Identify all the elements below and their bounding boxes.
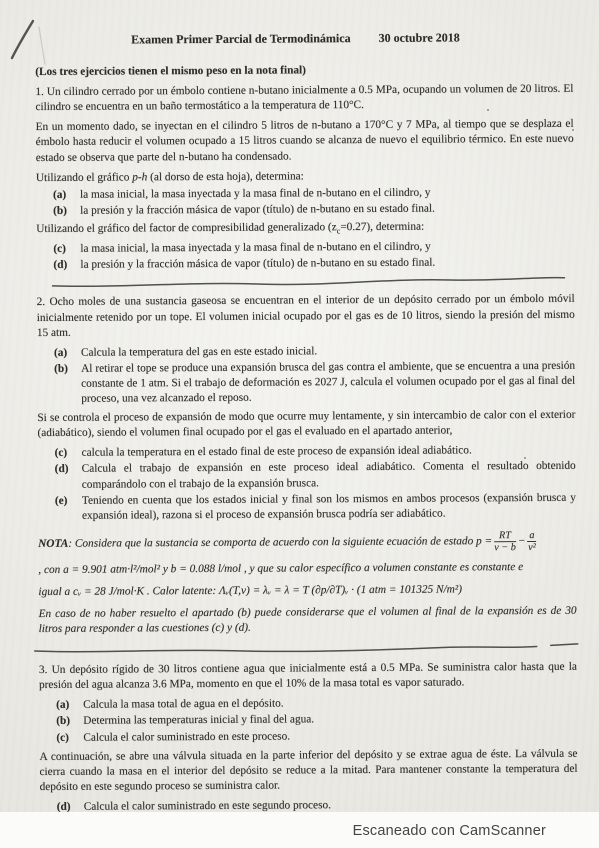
item-text: la presión y la fracción másica de vapor… [80,201,574,219]
problem2-item-e: (e) Teniendo en cuenta que los estados i… [38,490,576,523]
exam-title: Examen Primer Parcial de Termodinámica [131,31,351,47]
problem3-item-c: (c) Calcula el calor suministrado en est… [39,727,577,745]
item-marker: (a) [54,345,81,360]
item-marker: (b) [56,714,83,729]
weight-note: (Los tres ejercicios tienen el mismo pes… [35,62,573,80]
problem1-intro: 1. Un cilindro cerrado por un émbolo con… [35,82,573,115]
problem2-item-d: (d) Calcula el trabajo de expansión en e… [38,459,576,492]
nota-equation-line: NOTA: Considera que la sustancia se comp… [38,529,576,555]
item-marker: (e) [55,493,82,523]
nota-label: NOTA [38,537,68,549]
item-text: la presión y la fracción másica de vapor… [80,255,574,273]
item-marker: (c) [55,446,82,461]
nota-fallback-line: En caso de no haber resuelto el apartado… [39,604,577,637]
problem2-item-b: (b) Al retirar el tope se produce una ex… [37,359,575,408]
item-marker: (b) [54,362,81,407]
item-marker: (c) [56,730,83,745]
problem1-item-d: (d) la presión y la fracción másica de v… [36,255,574,273]
nota-cv-latent-heat-line: igual a cᵥ = 28 J/mol·K . Calor latente:… [38,582,576,600]
item-text: Determina las temperaturas inicial y fin… [83,711,577,729]
item-text: Calcula el calor suministrado en este pr… [83,727,577,745]
item-marker: (a) [53,187,80,202]
problem1-item-b: (b) la presión y la fracción másica de v… [36,201,574,219]
ph-chart-symbol: p-h [132,171,147,183]
nota-constants-line: , con a = 9.901 atm·l²/mol² y b = 0.088 … [38,560,576,578]
exam-date: 30 octubre 2018 [379,30,460,46]
item-text: Calcula la masa total de agua en el depó… [83,695,577,713]
exam-content: Examen Primer Parcial de Termodinámica 3… [35,30,578,841]
camscanner-watermark: Escaneado con CamScanner [353,823,546,839]
problem2-nota-block: NOTA: Considera que la sustancia se comp… [38,529,577,637]
problem2-intro: 2. Ocho moles de una sustancia gaseosa s… [37,292,575,341]
problem1-z-instruction: Utilizando el gráfico del factor de comp… [36,219,574,241]
item-marker: (b) [53,204,80,219]
item-text: calcula la temperatura en el estado fina… [82,443,576,461]
hand-drawn-divider [33,641,577,656]
fraction-a-over-v2: av² [527,530,536,553]
problem2-slow-expansion-paragraph: Si se controla el proceso de expansión d… [37,408,575,441]
item-text: Calcula la temperatura del gas en este e… [81,342,575,360]
item-marker: (d) [53,258,80,273]
problem3-valve-paragraph: A continuación, se abre una válvula situ… [39,746,577,795]
problem3-intro: 3. Un depósito rígido de 30 litros conti… [39,660,577,693]
item-marker: (c) [53,242,80,257]
problem1-injection-paragraph: En un momento dado, se inyectan en el ci… [36,117,574,166]
item-text: la masa inicial, la masa inyectada y la … [80,239,574,257]
item-marker: (d) [55,462,82,492]
exam-header: Examen Primer Parcial de Termodinámica 3… [35,30,573,48]
fraction-rt-over-v-b: RTv − b [494,530,516,553]
scanned-exam-page: Examen Primer Parcial de Termodinámica 3… [0,0,599,848]
item-text: Calcula el trabajo de expansión en este … [82,459,576,492]
item-marker: (a) [56,698,83,713]
problem1-ph-instruction: Utilizando el gráfico p-h (al dorso de e… [36,167,574,185]
item-text: Teniendo en cuenta que los estados inici… [82,490,576,523]
item-text: Al retirar el tope se produce una expans… [81,359,575,407]
equation-of-state: p =RTv − b−av² [476,535,538,547]
hand-drawn-divider [50,273,574,288]
item-text: la masa inicial, la masa inyectada y la … [80,184,574,202]
